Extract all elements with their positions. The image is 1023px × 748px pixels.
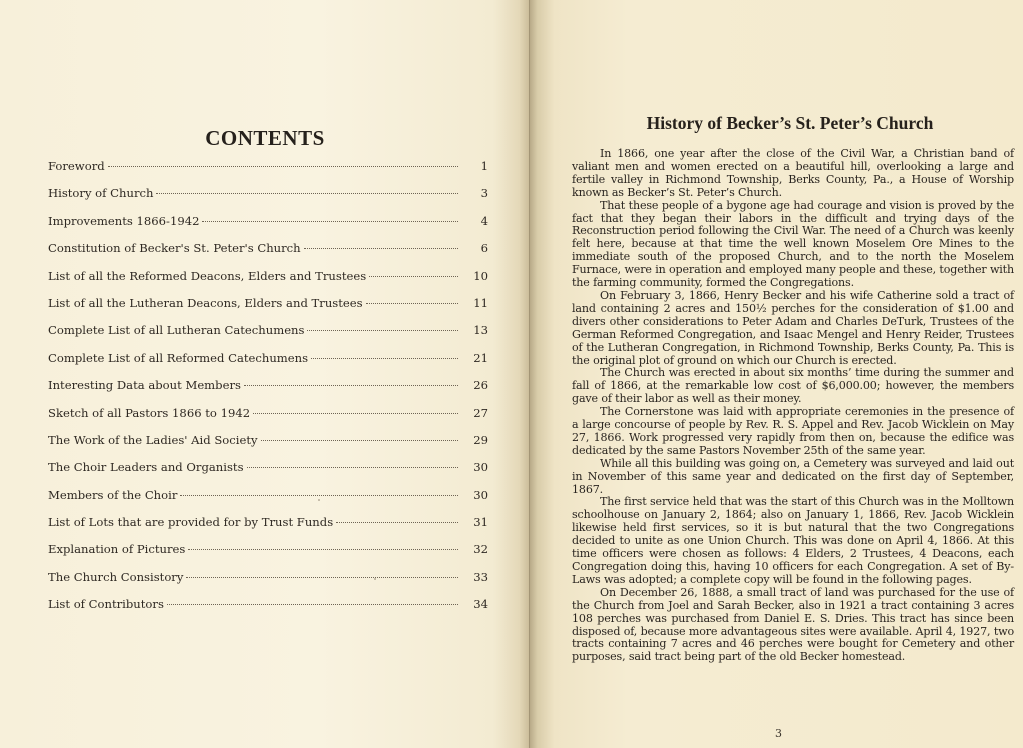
dot-leader [366,303,458,304]
dot-leader [261,440,458,441]
dot-leader [253,413,458,414]
toc-entry-label: The Choir Leaders and Organists [48,460,247,474]
dot-leader [247,467,458,468]
dot-leader [180,495,458,496]
toc-entry-page: 33 [466,570,488,584]
toc-entry: List of all the Reformed Deacons, Elders… [48,269,488,296]
dot-leader [186,577,458,578]
dot-leader [304,248,458,249]
history-title: History of Becker’s St. Peter’s Church [570,113,1010,134]
toc-entry-page: 21 [466,351,488,365]
dot-leader [311,358,458,359]
contents-title: CONTENTS [0,126,530,151]
toc-entry-page: 34 [466,597,488,611]
toc-entry: List of Lots that are provided for by Tr… [48,515,488,542]
toc-entry-label: Explanation of Pictures [48,542,188,556]
toc-entry: The Church Consistory33 [48,570,488,597]
toc-entry: List of Contributors34 [48,597,488,624]
paragraph: The Cornerstone was laid with appropriat… [572,406,1014,458]
dot-leader [244,385,458,386]
paragraph: The Church was erected in about six mont… [572,367,1014,406]
paper-speck [374,578,376,580]
toc-entry: Members of the Choir30 [48,488,488,515]
toc-entry-page: 10 [466,269,488,283]
toc-entry-label: The Church Consistory [48,570,186,584]
dot-leader [336,522,458,523]
toc-entry-page: 11 [466,296,488,310]
toc-entry-label: Improvements 1866-1942 [48,214,202,228]
toc-entry: Improvements 1866-19424 [48,214,488,241]
paragraph: While all this building was going on, a … [572,458,1014,497]
toc-entry: The Work of the Ladies' Aid Society29 [48,433,488,460]
toc-entry-label: History of Church [48,186,156,200]
toc-entry-page: 32 [466,542,488,556]
book-spread: CONTENTS Foreword1 History of Church3 Im… [0,0,1023,748]
toc-entry: The Choir Leaders and Organists30 [48,460,488,487]
toc-entry-page: 29 [466,433,488,447]
paragraph: On December 26, 1888, a small tract of l… [572,587,1014,664]
toc-entry: Explanation of Pictures32 [48,542,488,569]
toc-entry-label: Complete List of all Lutheran Catechumen… [48,323,307,337]
toc-entry-label: Complete List of all Reformed Catechumen… [48,351,311,365]
paragraph: In 1866, one year after the close of the… [572,148,1014,200]
toc-entry: Foreword1 [48,159,488,186]
toc-entry-label: Foreword [48,159,108,173]
paragraph: The first service held that was the star… [572,496,1014,586]
toc-entry-page: 4 [466,214,488,228]
history-body: In 1866, one year after the close of the… [572,148,1014,664]
dot-leader [108,166,458,167]
paragraph: That these people of a bygone age had co… [572,200,1014,290]
toc-entry-page: 1 [466,159,488,173]
toc-entry-page: 13 [466,323,488,337]
paragraph: On February 3, 1866, Henry Becker and hi… [572,290,1014,367]
toc-entry-page: 31 [466,515,488,529]
toc-entry: Constitution of Becker's St. Peter's Chu… [48,241,488,268]
toc-entry-page: 27 [466,406,488,420]
toc-entry: Complete List of all Reformed Catechumen… [48,351,488,378]
toc-entry-page: 3 [466,186,488,200]
dot-leader [202,221,458,222]
toc-entry-label: List of Lots that are provided for by Tr… [48,515,336,529]
dot-leader [156,193,458,194]
toc-entry-page: 26 [466,378,488,392]
toc-entry-label: List of Contributors [48,597,167,611]
toc-entry-label: Constitution of Becker's St. Peter's Chu… [48,241,304,255]
dot-leader [369,276,458,277]
dot-leader [167,604,458,605]
toc-entry-label: List of all the Reformed Deacons, Elders… [48,269,369,283]
table-of-contents: Foreword1 History of Church3 Improvement… [48,159,488,625]
toc-entry-page: 6 [466,241,488,255]
history-page: History of Becker’s St. Peter’s Church I… [530,0,1023,748]
page-number: 3 [775,727,782,740]
toc-entry-label: The Work of the Ladies' Aid Society [48,433,261,447]
toc-entry-label: Sketch of all Pastors 1866 to 1942 [48,406,253,420]
dot-leader [188,549,458,550]
contents-page: CONTENTS Foreword1 History of Church3 Im… [0,0,530,748]
toc-entry: Interesting Data about Members26 [48,378,488,405]
toc-entry-label: Interesting Data about Members [48,378,244,392]
toc-entry: Complete List of all Lutheran Catechumen… [48,323,488,350]
toc-entry-label: Members of the Choir [48,488,180,502]
toc-entry: History of Church3 [48,186,488,213]
paper-speck [318,499,320,501]
toc-entry: Sketch of all Pastors 1866 to 194227 [48,406,488,433]
toc-entry-page: 30 [466,460,488,474]
dot-leader [307,330,458,331]
toc-entry-label: List of all the Lutheran Deacons, Elders… [48,296,366,310]
toc-entry: List of all the Lutheran Deacons, Elders… [48,296,488,323]
toc-entry-page: 30 [466,488,488,502]
